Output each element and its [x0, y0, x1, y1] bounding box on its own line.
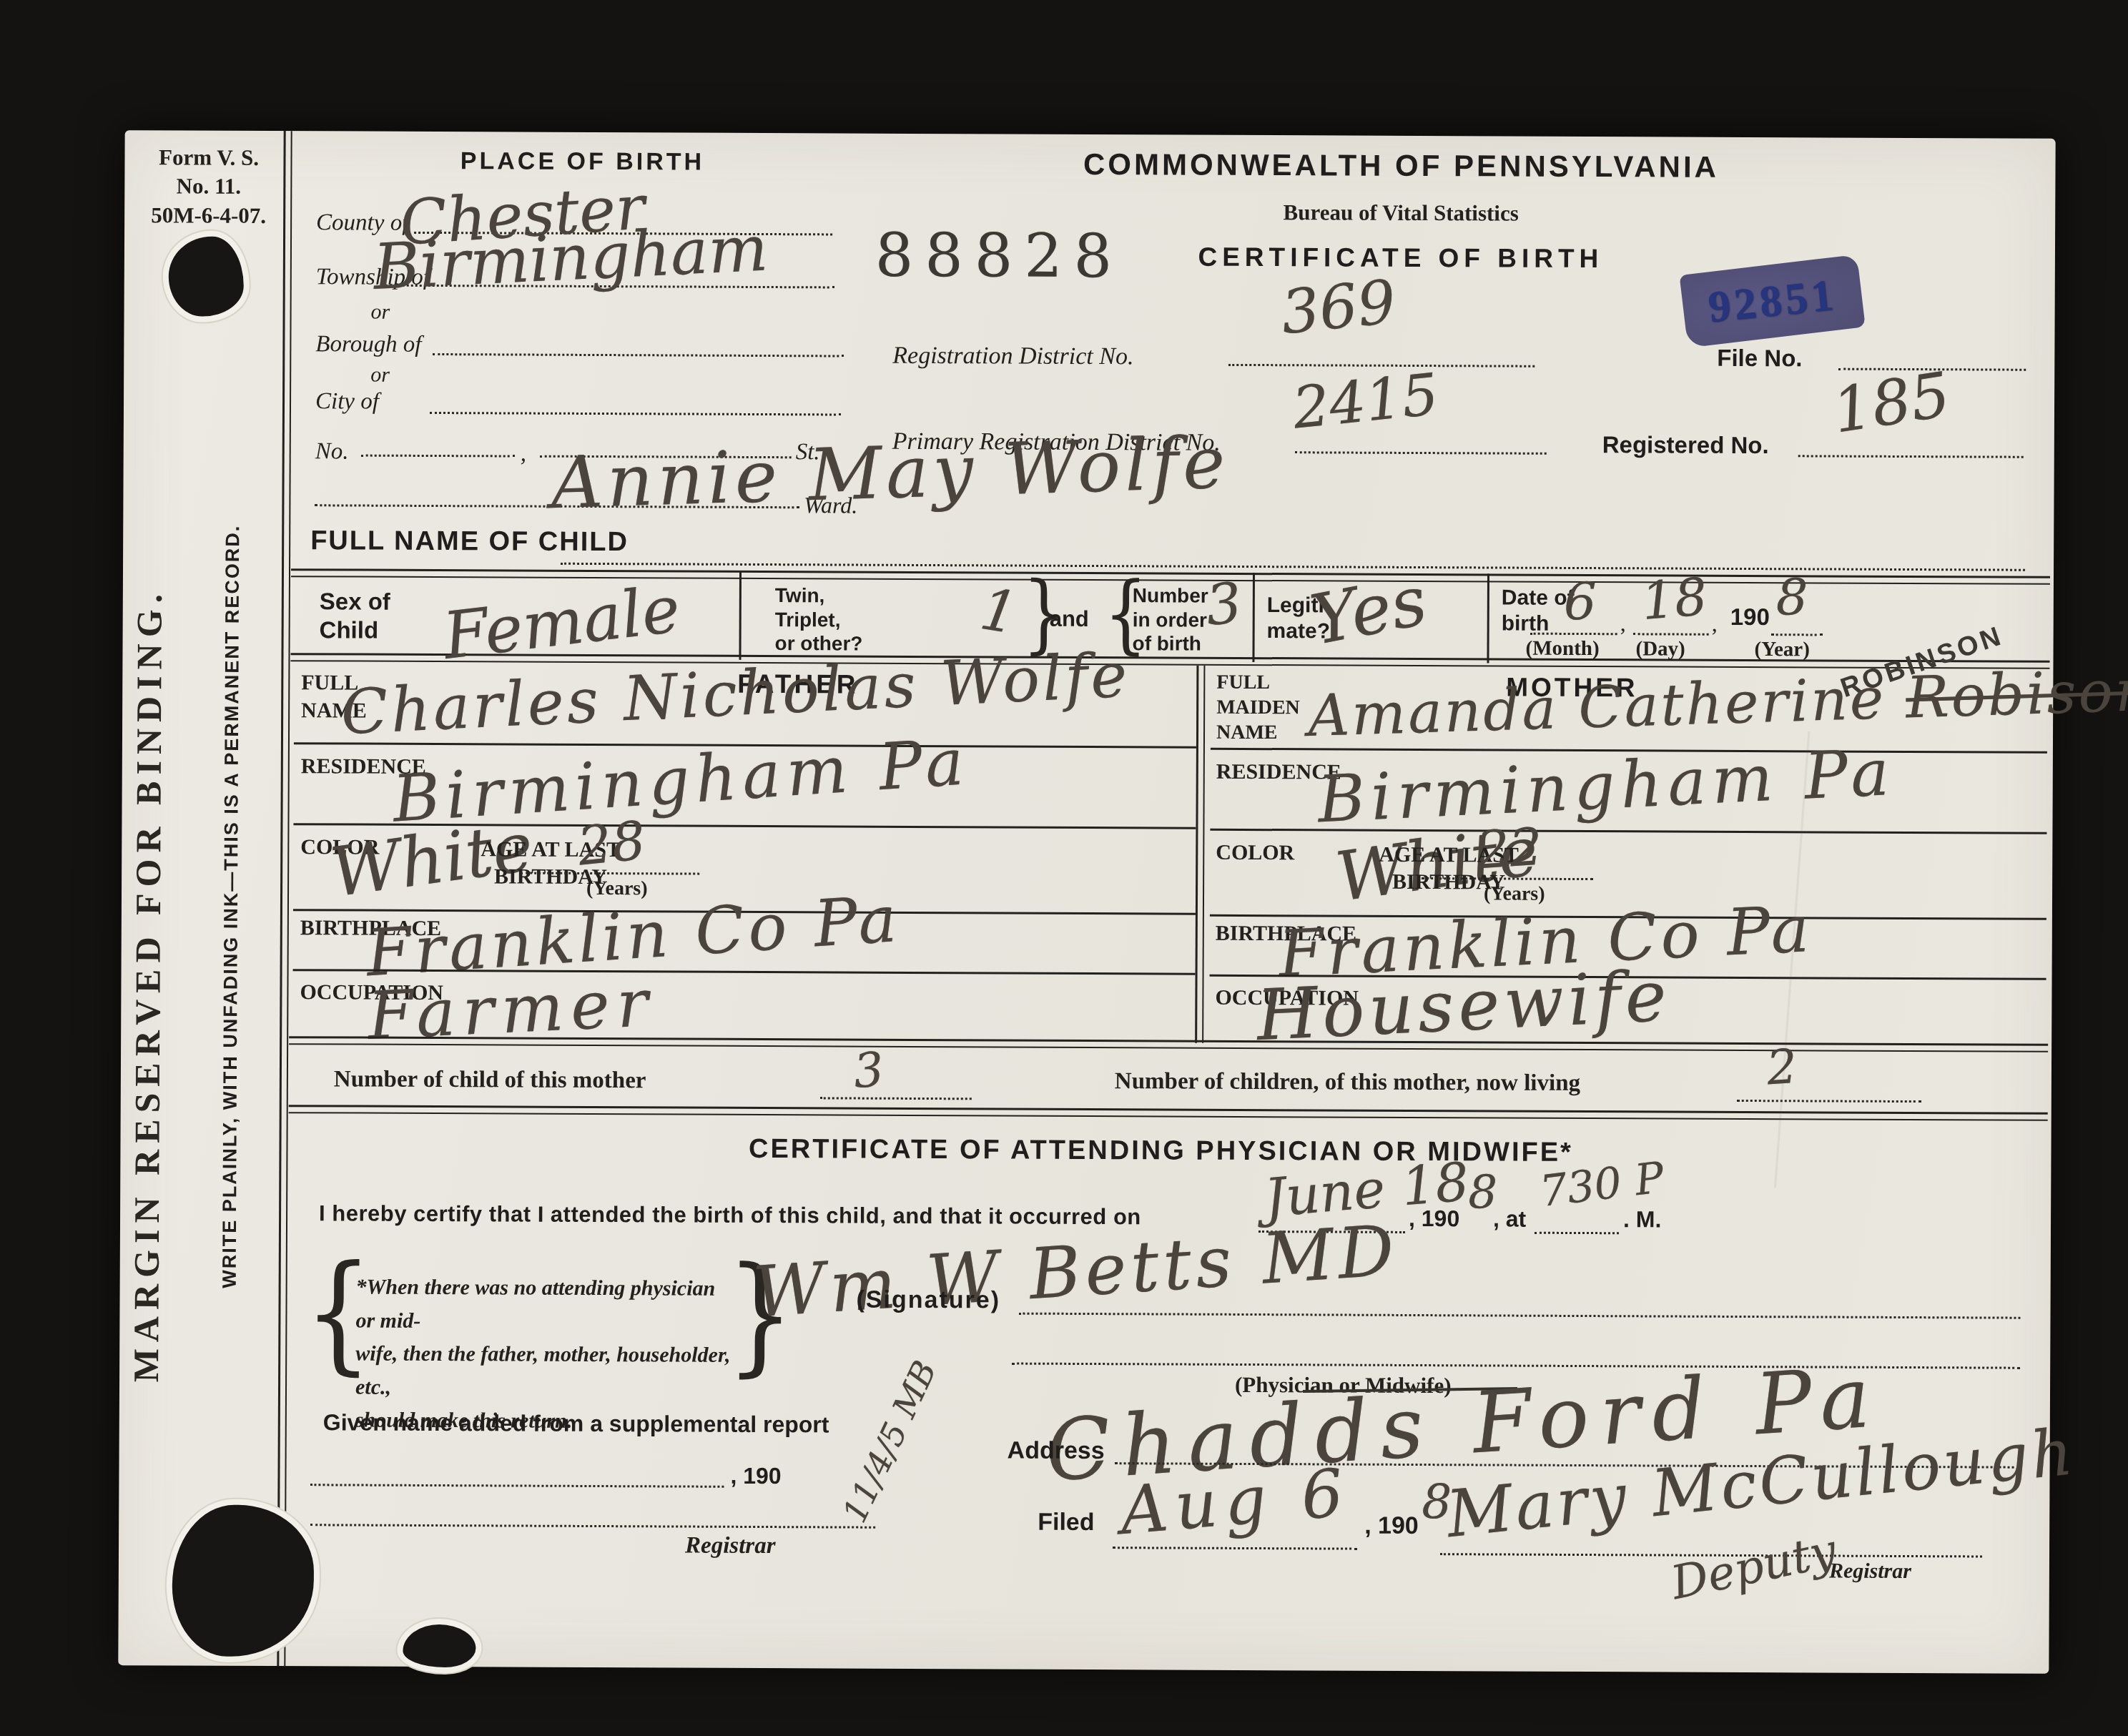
certificate-of-birth-title: CERTIFICATE OF BIRTH: [1040, 242, 1762, 275]
certify-time-line: [1535, 1232, 1619, 1235]
dob-year-line: [1771, 633, 1823, 636]
paper-tear-bottom-left: [172, 1504, 314, 1657]
child-count-label: Number of child of this mother: [334, 1066, 646, 1094]
or-label-2: or: [370, 363, 390, 388]
file-no-label: File No.: [1717, 345, 1802, 373]
dob-day-value: 18: [1640, 571, 1709, 627]
registered-no-line: [1798, 455, 2024, 458]
rule-below-counts: [289, 1105, 2048, 1121]
living-count-label: Number of children, of this mother, now …: [1115, 1068, 1580, 1097]
sex-row-divider-1: [739, 571, 742, 660]
parent-center-divider: [1195, 666, 1205, 1043]
mother-occupation-value: Housewife: [1255, 961, 1672, 1051]
dob-year-prefix: 190: [1730, 603, 1770, 631]
mother-name-struck: Robison: [1905, 657, 2128, 731]
signature-line: [1019, 1313, 2020, 1319]
registered-no-value: 185: [1828, 364, 1954, 443]
dob-month-value: 6: [1564, 576, 1597, 627]
margin-annotation: 11/4/5 MB: [837, 1356, 942, 1527]
dob-comma-1: ,: [1620, 610, 1626, 636]
mother-years-caption: (Years): [1484, 882, 1545, 905]
street-number-line: [361, 455, 515, 458]
mother-residence-value: Birmingham Pa: [1316, 741, 1896, 833]
registrar-left-line: [310, 1524, 875, 1528]
twin-label-line1: Twin,: [775, 583, 863, 608]
filed-date-line: [1113, 1547, 1357, 1549]
mother-name-label-line2: MAIDEN: [1216, 695, 1300, 721]
certify-text: I hereby certify that I attended the bir…: [319, 1200, 1141, 1230]
dob-year-value: 8: [1776, 572, 1808, 622]
street-number-label: No.: [315, 438, 349, 465]
twin-value: 1: [977, 581, 1022, 643]
paper-hole-top-left: [169, 236, 244, 316]
form-code-line3: 50M-6-4-07.: [135, 201, 282, 230]
address-label: Address: [1008, 1437, 1105, 1466]
order-of-birth-label: Number in order of birth: [1133, 583, 1208, 656]
deputy-annotation: Deputy: [1668, 1528, 1840, 1607]
supplemental-line: [310, 1484, 724, 1488]
registrar-right-label: Registrar: [1829, 1559, 1911, 1584]
and-label: and: [1050, 606, 1089, 632]
order-value: 3: [1203, 576, 1244, 635]
margin-write-plainly-text: WRITE PLAINLY, WITH UNFADING INK—THIS IS…: [218, 449, 255, 1364]
signature-value: Wm W Betts MD: [752, 1215, 1401, 1328]
street-comma: ,: [521, 441, 526, 468]
city-line: [430, 412, 841, 416]
primary-district-line: [1295, 451, 1547, 455]
filed-label: Filed: [1038, 1509, 1095, 1537]
birth-certificate-document: Form V. S. No. 11. 50M-6-4-07. MARGIN RE…: [118, 130, 2055, 1674]
primary-district-value: 2415: [1291, 366, 1442, 438]
sex-row-divider-3: [1487, 573, 1489, 663]
sex-label-line1: Sex of: [320, 587, 390, 616]
legitimate-value: Yes: [1306, 566, 1432, 655]
order-label-line3: of birth: [1133, 631, 1208, 656]
photo-backdrop: Form V. S. No. 11. 50M-6-4-07. MARGIN RE…: [0, 0, 2128, 1736]
place-of-birth-title: PLACE OF BIRTH: [432, 147, 732, 177]
filed-date-value: Aug 6: [1118, 1460, 1353, 1544]
form-code-line1: Form V. S.: [135, 143, 282, 172]
registration-district-label: Registration District No.: [892, 342, 1133, 370]
borough-line: [433, 353, 844, 357]
note-line2: wife, then the father, mother, household…: [355, 1338, 734, 1406]
certify-time-value: 730 P: [1537, 1156, 1666, 1213]
certify-m-label: . M.: [1623, 1206, 1661, 1233]
mother-name-value: Amanda Catherine Robison: [1307, 662, 2128, 745]
sex-row-divider-2: [1252, 573, 1255, 662]
dob-month-line: [1530, 633, 1617, 636]
sex-label-line2: Child: [320, 616, 390, 644]
stamp-number: 92851: [1706, 270, 1839, 333]
registered-no-label: Registered No.: [1602, 431, 1769, 459]
city-label: City of: [315, 388, 379, 415]
living-count-line: [1737, 1100, 1921, 1103]
year-caption: (Year): [1754, 638, 1809, 661]
registration-district-value: 369: [1279, 272, 1399, 343]
bureau-subtitle: Bureau of Vital Statistics: [1040, 199, 1762, 227]
father-years-caption: (Years): [586, 877, 648, 900]
sex-of-child-label: Sex of Child: [320, 587, 390, 644]
registrar-left-label: Registrar: [685, 1533, 776, 1560]
twin-label-line2: Triplet,: [775, 608, 863, 632]
mother-name-label-line1: FULL: [1216, 670, 1300, 696]
signature-label: (Signature): [856, 1286, 1000, 1315]
child-count-value: 3: [852, 1046, 885, 1095]
full-name-label: FULL NAME OF CHILD: [310, 526, 629, 558]
township-value: Birmingham: [372, 217, 769, 299]
margin-divider-line: [277, 131, 292, 1666]
form-code: Form V. S. No. 11. 50M-6-4-07.: [135, 143, 282, 230]
supplemental-year: , 190: [730, 1463, 781, 1489]
filed-year-prefix: , 190: [1364, 1512, 1419, 1540]
order-label-line1: Number: [1133, 583, 1208, 608]
full-name-value: Annie May Wolfe: [550, 427, 1230, 519]
certify-year-prefix: , 190: [1409, 1205, 1459, 1232]
paper-tear-bottom-notch: [403, 1624, 476, 1667]
child-count-line: [820, 1097, 972, 1100]
supplemental-label: Given name added from a supplemental rep…: [323, 1409, 829, 1438]
day-caption: (Day): [1635, 637, 1685, 661]
or-label-1: or: [371, 300, 390, 325]
note-line1: *When there was no attending physician o…: [355, 1271, 734, 1339]
borough-label: Borough of: [315, 331, 421, 358]
margin-binding-text: MARGIN RESERVED FOR BINDING.: [124, 488, 197, 1481]
order-label-line2: in order: [1133, 608, 1208, 632]
month-caption: (Month): [1525, 637, 1599, 661]
twin-triplet-label: Twin, Triplet, or other?: [774, 583, 862, 656]
father-age-value: 28: [576, 814, 648, 874]
commonwealth-title: COMMONWEALTH OF PENNSYLVANIA: [1040, 147, 1762, 184]
mother-age-value: 22: [1475, 821, 1544, 877]
mother-name-label-line3: NAME: [1216, 720, 1300, 746]
dob-comma-2: ,: [1712, 611, 1718, 637]
mother-color-label: COLOR: [1216, 841, 1294, 865]
mother-name-label: FULL MAIDEN NAME: [1216, 670, 1300, 746]
mother-name-kept: Amanda Catherine: [1307, 665, 1886, 749]
certify-at-label: , at: [1493, 1205, 1526, 1232]
dob-day-line: [1633, 633, 1709, 635]
form-code-line2: No. 11.: [135, 172, 282, 201]
